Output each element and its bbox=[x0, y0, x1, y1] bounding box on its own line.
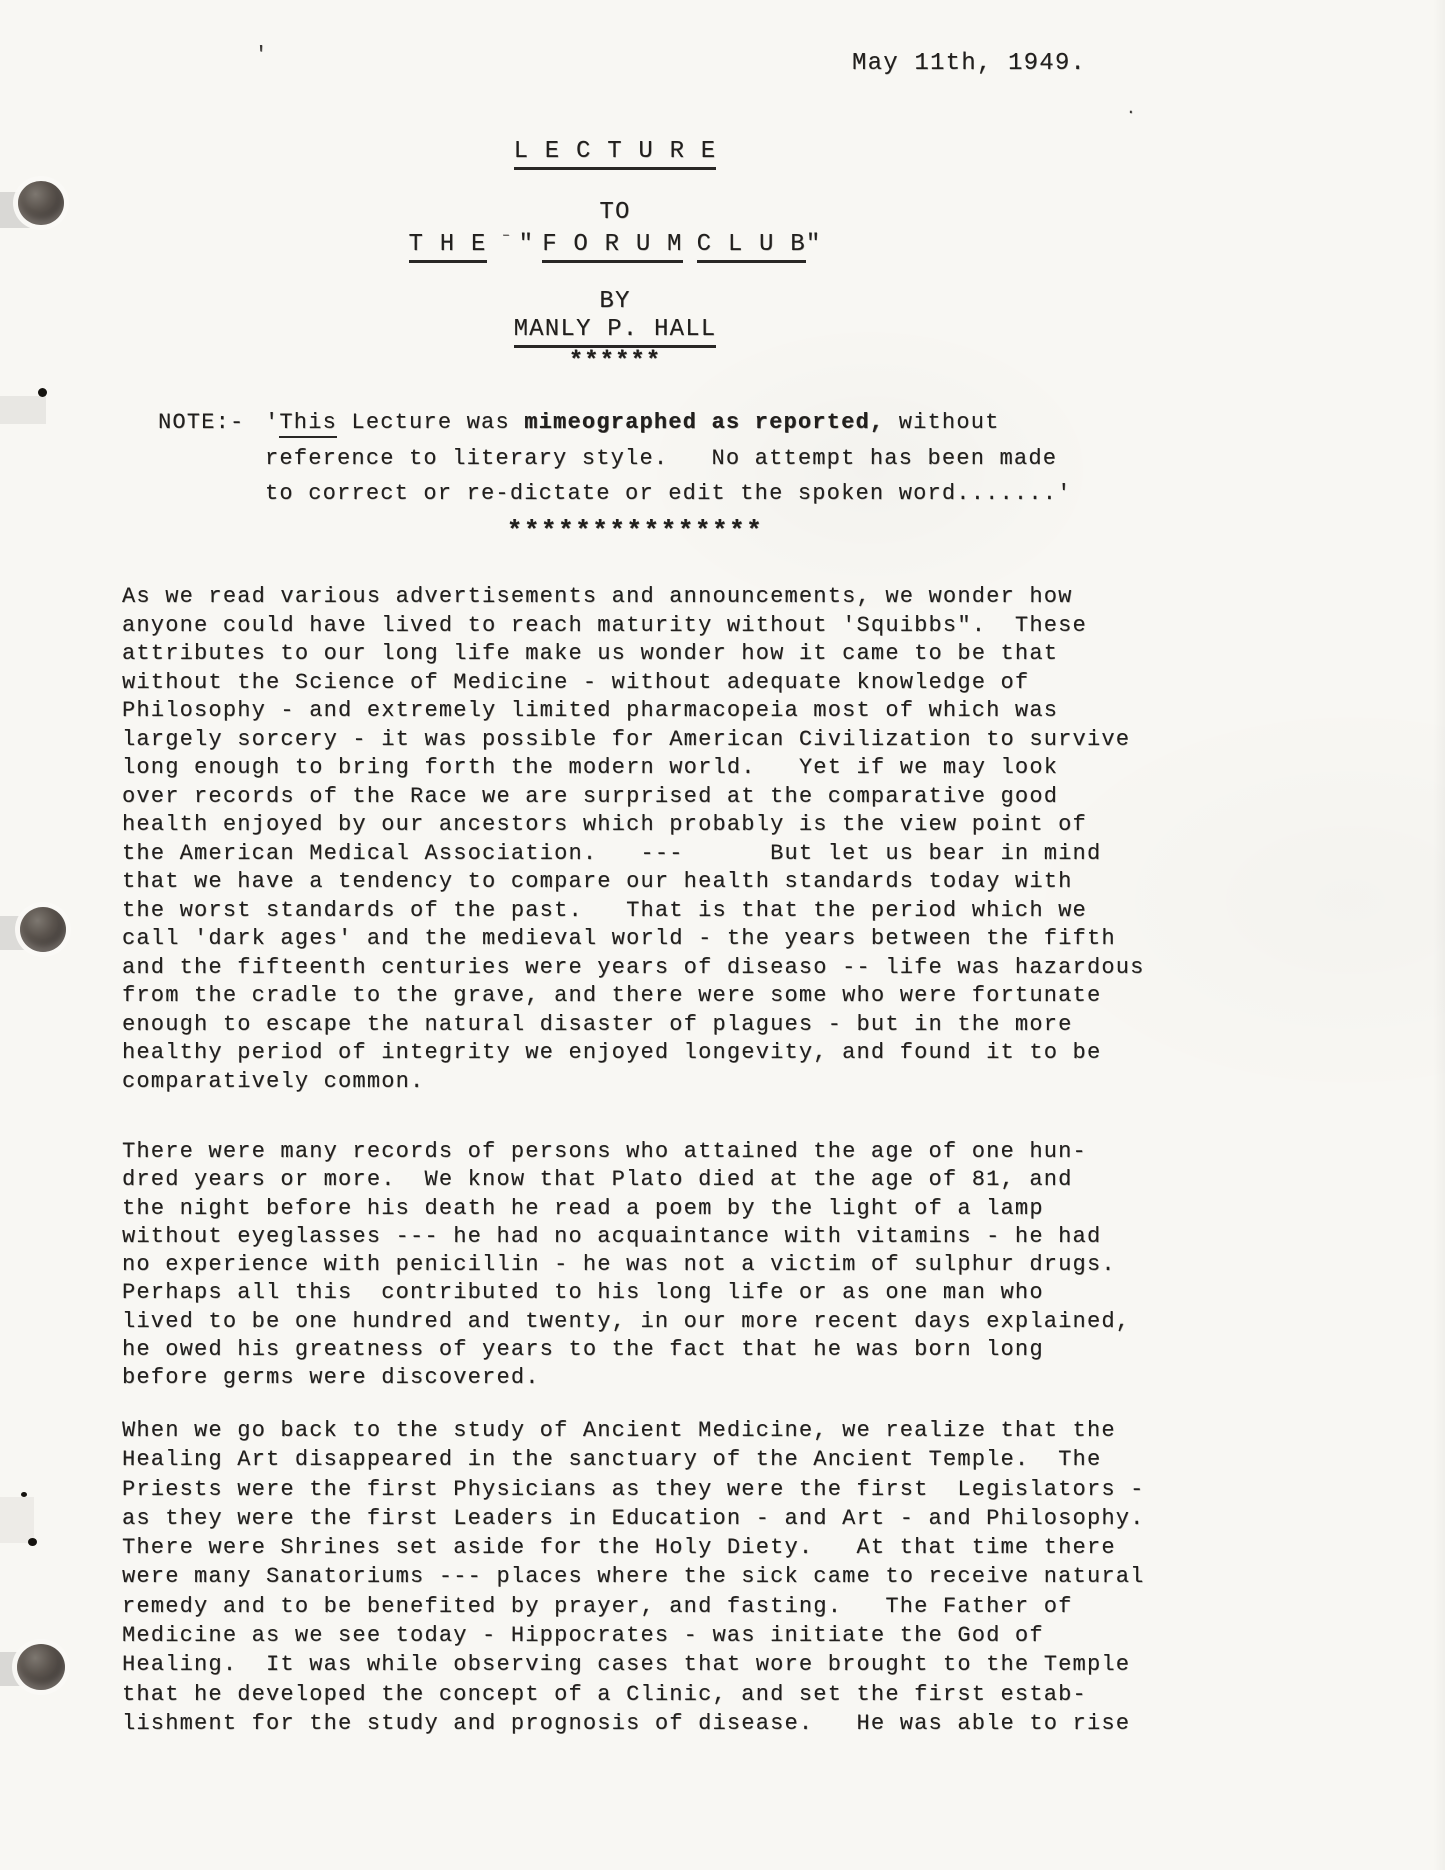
stray-mark: . bbox=[1126, 100, 1136, 118]
note-text-mid: Lecture was bbox=[337, 410, 524, 435]
asterisk-divider: *************** bbox=[0, 516, 1270, 546]
note-underlined-word: This bbox=[279, 410, 337, 438]
title-line-to: TO bbox=[0, 199, 1230, 226]
title-line-club: T H E⁻"F O R U MC L U B" bbox=[0, 228, 1230, 258]
ink-speck bbox=[38, 388, 47, 397]
note-label: NOTE:- bbox=[158, 405, 244, 441]
close-quote: " bbox=[806, 231, 822, 258]
title-line-by: BY bbox=[0, 288, 1230, 315]
lecture-title: L E C T U R E bbox=[514, 138, 717, 170]
note-line-2: reference to literary style. No attempt … bbox=[265, 441, 1072, 477]
club-word-club: C L U B bbox=[697, 231, 806, 263]
title-line-lecture: L E C T U R E bbox=[0, 138, 1230, 165]
title-line-author: MANLY P. HALL bbox=[0, 316, 1230, 343]
author-asterisks: ****** bbox=[0, 348, 1230, 375]
scan-smudge-patch bbox=[0, 396, 46, 424]
paragraph-1: As we read various advertisements and an… bbox=[122, 583, 1145, 1096]
to-label: TO bbox=[599, 199, 630, 226]
note-block: NOTE:- 'This Lecture was mimeographed as… bbox=[158, 405, 1072, 512]
note-text-end: without bbox=[884, 410, 999, 435]
ink-speck bbox=[28, 1538, 37, 1546]
club-word-the: T H E bbox=[409, 231, 487, 263]
scanned-page: ' . May 11th, 1949. L E C T U R E TO T H… bbox=[0, 0, 1445, 1870]
author-name: MANLY P. HALL bbox=[514, 316, 717, 348]
note-open-quote: ' bbox=[265, 410, 279, 435]
scan-smudge-patch bbox=[0, 1497, 34, 1543]
document-date: May 11th, 1949. bbox=[852, 50, 1086, 77]
note-line-3: to correct or re-dictate or edit the spo… bbox=[265, 476, 1072, 512]
paragraph-3: When we go back to the study of Ancient … bbox=[122, 1416, 1145, 1738]
paragraph-2: There were many records of persons who a… bbox=[122, 1138, 1130, 1393]
note-body: 'This Lecture was mimeographed as report… bbox=[265, 405, 1072, 512]
hole-punch-bottom bbox=[17, 1644, 65, 1690]
stray-mark: ' bbox=[255, 44, 267, 67]
typed-stray-mark: ⁻ bbox=[501, 230, 513, 250]
ink-speck bbox=[21, 1492, 27, 1497]
note-line-1: 'This Lecture was mimeographed as report… bbox=[265, 405, 1072, 441]
by-label: BY bbox=[599, 288, 630, 315]
open-quote: " bbox=[519, 231, 535, 258]
hole-punch-middle bbox=[20, 907, 66, 952]
note-bold-phrase: mimeographed as reported, bbox=[524, 410, 884, 435]
club-word-forum: F O R U M bbox=[542, 231, 682, 263]
